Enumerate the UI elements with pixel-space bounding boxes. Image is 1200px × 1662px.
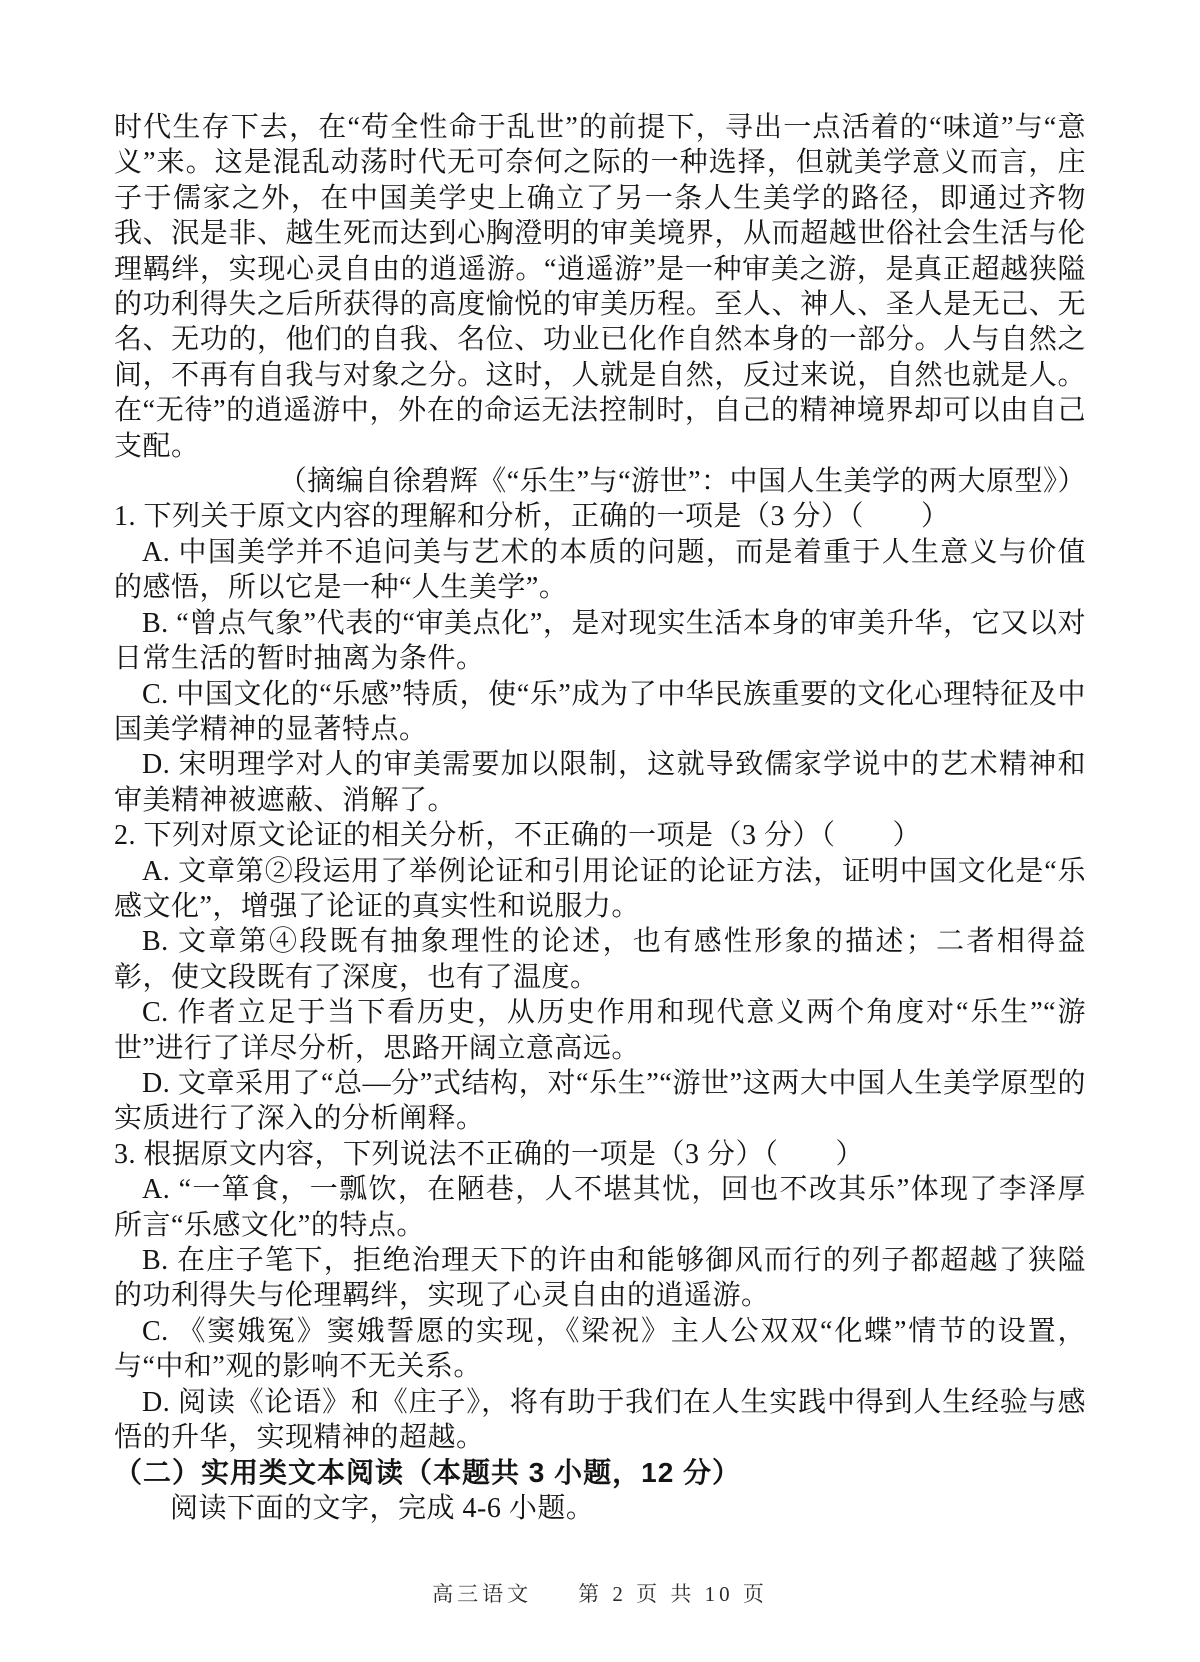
- question-2-option-c: C. 作者立足于当下看历史，从历史作用和现代意义两个角度对“乐生”“游世”进行了…: [114, 995, 1086, 1066]
- section-2-header: （二）实用类文本阅读（本题共 3 小题，12 分）: [114, 1455, 1086, 1490]
- question-3-option-d: D. 阅读《论语》和《庄子》，将有助于我们在人生实践中得到人生经验与感悟的升华，…: [114, 1385, 1086, 1456]
- footer-subject: 高三语文: [432, 1578, 532, 1608]
- question-2-stem: 2. 下列对原文论证的相关分析，不正确的一项是（3 分）（ ）: [114, 818, 1086, 853]
- question-2-option-b: B. 文章第④段既有抽象理性的论述，也有感性形象的描述；二者相得益彰，使文段既有…: [114, 924, 1086, 995]
- question-3-option-a: A. “一箪食，一瓢饮，在陋巷，人不堪其忧，回也不改其乐”体现了李泽厚所言“乐感…: [114, 1172, 1086, 1243]
- question-2-option-a: A. 文章第②段运用了举例论证和引用论证的论证方法，证明中国文化是“乐感文化”，…: [114, 854, 1086, 925]
- question-1-stem: 1. 下列关于原文内容的理解和分析，正确的一项是（3 分）（ ）: [114, 499, 1086, 534]
- section-2-instruction: 阅读下面的文字，完成 4-6 小题。: [114, 1491, 1086, 1526]
- exam-page: 时代生存下去，在“苟全性命于乱世”的前提下，寻出一点活着的“味道”与“意义”来。…: [0, 0, 1200, 1662]
- footer-page-indicator: 第 2 页 共 10 页: [578, 1578, 768, 1608]
- page-footer: 高三语文 第 2 页 共 10 页: [0, 1578, 1200, 1608]
- question-2-option-d: D. 文章采用了“总—分”式结构，对“乐生”“游世”这两大中国人生美学原型的实质…: [114, 1066, 1086, 1137]
- source-citation: （摘编自徐碧辉《“乐生”与“游世”：中国人生美学的两大原型》）: [114, 464, 1086, 499]
- reading-passage-continuation: 时代生存下去，在“苟全性命于乱世”的前提下，寻出一点活着的“味道”与“意义”来。…: [114, 110, 1086, 464]
- question-3-stem: 3. 根据原文内容，下列说法不正确的一项是（3 分）（ ）: [114, 1137, 1086, 1172]
- question-3-option-c: C. 《窦娥冤》窦娥誓愿的实现，《梁祝》主人公双双“化蝶”情节的设置，与“中和”…: [114, 1314, 1086, 1385]
- question-1-option-a: A. 中国美学并不追问美与艺术的本质的问题，而是着重于人生意义与价值的感悟，所以…: [114, 535, 1086, 606]
- page-content: 时代生存下去，在“苟全性命于乱世”的前提下，寻出一点活着的“味道”与“意义”来。…: [114, 110, 1086, 1526]
- question-1-option-b: B. “曾点气象”代表的“审美点化”，是对现实生活本身的审美升华，它又以对日常生…: [114, 606, 1086, 677]
- question-3-option-b: B. 在庄子笔下，拒绝治理天下的许由和能够御风而行的列子都超越了狭隘的功利得失与…: [114, 1243, 1086, 1314]
- question-1-option-c: C. 中国文化的“乐感”特质，使“乐”成为了中华民族重要的文化心理特征及中国美学…: [114, 677, 1086, 748]
- question-1-option-d: D. 宋明理学对人的审美需要加以限制，这就导致儒家学说中的艺术精神和审美精神被遮…: [114, 747, 1086, 818]
